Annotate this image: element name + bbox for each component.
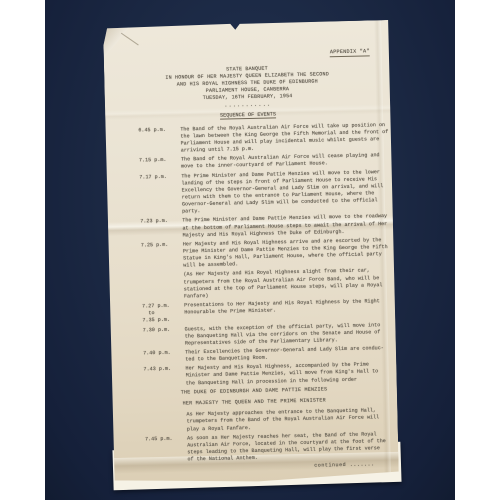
entry-text: The Prime Minister and Dame Pattie Menzi… [182,213,393,239]
document-paper: APPENDIX "A" STATE BANQUET IN HONOUR OF … [103,20,399,485]
entry-text: Presentations to Her Majesty and His Roy… [184,298,395,324]
entry-time: 6.45 p.m. [138,126,181,155]
entry-time: 7.15 p.m. [139,157,181,172]
entry-text: Her Majesty and His Royal Highness, acco… [185,361,396,387]
schedule-entry: 7.45 p.m. As soon as Her Majesty reaches… [112,431,399,466]
entry-time: 7.40 p.m. [143,349,185,364]
schedule-entry: 6.45 p.m. The Band of the Royal Australi… [105,122,392,157]
entry-time: 7.43 p.m. [143,366,185,388]
entry-text: The Prime Minister and Dame Pattie Menzi… [181,169,393,216]
entry-time: 7.25 p.m. [141,241,184,270]
entry-time: 7.27 p.m. to 7.35 p.m. [142,303,184,325]
entry-time [144,412,186,434]
schedule-entry: 7.17 p.m. The Prime Minister and Dame Pa… [106,169,393,218]
appendix-text: APPENDIX "A" [330,48,370,56]
section-heading-text: SEQUENCE OF EVENTS [220,111,276,120]
schedule-list: 6.45 p.m. The Band of the Royal Australi… [105,122,398,475]
entry-text: The Band of the Royal Australian Air For… [181,152,392,171]
entry-text: Her Majesty and His Royal Highness arriv… [183,237,395,270]
entry-time: 7.23 p.m. [140,218,182,240]
entry-text: As soon as Her Majesty reaches her seat,… [187,431,399,464]
schedule-entry: 7.23 p.m. The Prime Minister and Dame Pa… [107,213,393,241]
entry-text: As Her Majesty approaches the entrance t… [186,407,397,433]
listing-image: APPENDIX "A" STATE BANQUET IN HONOUR OF … [0,0,500,500]
schedule-entry: 7.25 p.m. Her Majesty and His Royal High… [108,237,395,272]
entry-text: (As Her Majesty and His Royal Highness a… [183,267,395,300]
entry-text: The Band of the Royal Australian Air For… [180,122,392,155]
entry-time: 7.17 p.m. [139,173,182,216]
schedule-entry: (As Her Majesty and His Royal Highness a… [108,267,395,302]
entry-text: Guests, with the exception of the offici… [185,321,396,347]
appendix-label: APPENDIX "A" [104,48,370,61]
photo-background: APPENDIX "A" STATE BANQUET IN HONOUR OF … [45,0,455,500]
schedule-entry: As Her Majesty approaches the entrance t… [111,407,397,435]
document-content: APPENDIX "A" STATE BANQUET IN HONOUR OF … [103,20,399,485]
procession-order: THE DUKE OF EDINBURGH AND DAME PATTIE ME… [111,385,397,410]
entry-time: 7.30 p.m. [143,326,185,348]
entry-time: 7.45 p.m. [145,435,188,464]
entry-time [141,272,184,301]
